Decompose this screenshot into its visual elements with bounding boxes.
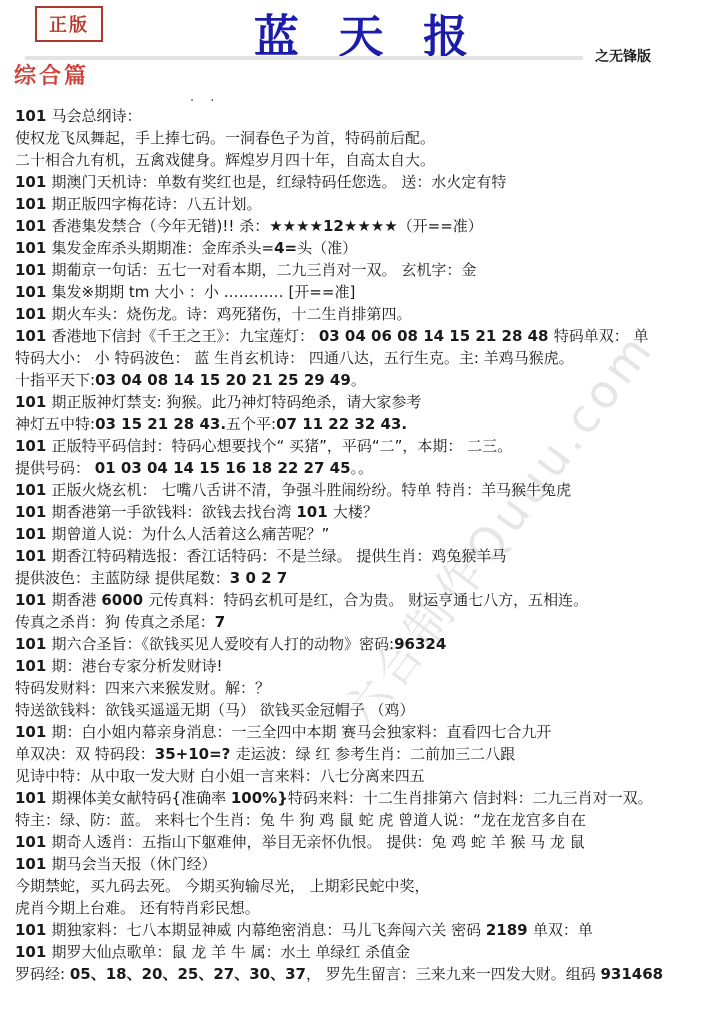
report-line: 101 期香港 6000 元传真料：特码玄机可是红，合为贵。 财运亨通七八方，五…	[15, 589, 714, 611]
report-line: 101 期六合圣旨：《欲钱买见人爱咬有人打的动物》密码:96324	[15, 633, 714, 655]
report-line: 101 集发金库杀头期期准：金库杀头=4=头（准）	[15, 237, 714, 259]
report-line: 特送欲钱料：欲钱买遥遥无期（马） 欲钱买金冠帽子 （鸡）	[15, 699, 714, 721]
report-line: 101 期：白小姐内幕亲身消息：一三全四中本期 赛马会独家料：直看四七合九开	[15, 721, 714, 743]
report-line: 101 期罗大仙点歌单：鼠 龙 羊 牛 属：水土 单绿红 杀值金	[15, 941, 714, 963]
newspaper-page: 正版 蓝 天 报 之无锋版 综合篇 · · 六合制作Quuu.com 101 马…	[0, 0, 714, 1009]
report-line: 101 香港地下信封《千王之王》：九宝莲灯： 03 04 06 08 14 15…	[15, 325, 714, 347]
report-line: 罗码经: 05、18、20、25、27、30、37， 罗先生留言：三来九来一四发…	[15, 963, 714, 985]
report-line: 101 期澳门天机诗：单数有奖红也是，红绿特码任您选。 送：水火定有特	[15, 171, 714, 193]
report-line: 101 期正版神灯禁支: 狗猴。此乃神灯特码绝杀，请大家参考	[15, 391, 714, 413]
edition-label: 之无锋版	[595, 46, 651, 66]
report-line: 101 集发※期期 tm 大小 ：小 ………… [开==准]	[15, 281, 714, 303]
report-line: 101 马会总纲诗：	[15, 105, 714, 127]
report-line: 101 期香港第一手欲钱料：欲钱去找台湾 101 大楼？	[15, 501, 714, 523]
report-line: 101 期独家料：七八本期显神威 内幕绝密消息：马儿飞奔闯六关 密码 2189 …	[15, 919, 714, 941]
report-line: 单双决：双 特码段：35+10=? 走运波：绿 红 参考生肖：二前加三二八跟	[15, 743, 714, 765]
report-line: 神灯五中特:03 15 21 28 43.五个平:07 11 22 32 43.	[15, 413, 714, 435]
report-line: 虎肖今期上台难。 还有特肖彩民想。	[15, 897, 714, 919]
report-line: 101 期裸体美女献特码{准确率 100%}特码来料：十二生肖排第六 信封料：二…	[15, 787, 714, 809]
report-line: 101 正版特平码信封：特码心想要找个“ 买猪”，平码“二”，本期： 二三。	[15, 435, 714, 457]
report-line: 传真之杀肖：狗 传真之杀尾：7	[15, 611, 714, 633]
report-line: 二十相合九有机，五禽戏健身。辉煌岁月四十年，自高太自大。	[15, 149, 714, 171]
report-line: 101 期：港台专家分析发财诗!	[15, 655, 714, 677]
report-line: 101 期曾道人说：为什么人活着这么痛苦呢？”	[15, 523, 714, 545]
report-line: 101 期香江特码精选报：香江话特码：不是兰绿。 提供生肖：鸡兔猴羊马	[15, 545, 714, 567]
report-line: 101 期马会当天报（休门经）	[15, 853, 714, 875]
content-lines: 101 马会总纲诗：使权龙飞凤舞起，手上捧七码。一洞春色子为首，特码前后配。二十…	[15, 105, 714, 985]
report-line: 使权龙飞凤舞起，手上捧七码。一洞春色子为首，特码前后配。	[15, 127, 714, 149]
section-title: 综合篇	[14, 59, 89, 90]
report-line: 101 期火车头：烧伤龙。诗：鸡死猪伤，十二生肖排第四。	[15, 303, 714, 325]
report-line: 特码大小： 小 特码波色： 蓝 生肖玄机诗： 四通八达，五行生克。主: 羊鸡马猴…	[15, 347, 714, 369]
report-line: 提供号码： 01 03 04 14 15 16 18 22 27 45。。	[15, 457, 714, 479]
report-line: 特码发财料：四来六来猴发财。解：？	[15, 677, 714, 699]
report-line: 十指平天下:03 04 08 14 15 20 21 25 29 49。	[15, 369, 714, 391]
report-line: 101 正版火烧玄机： 七嘴八舌讲不清，争强斗胜闹纷纷。特单 特肖：羊马猴牛兔虎	[15, 479, 714, 501]
report-line: 101 期葡京一句话：五七一对看本期，二九三肖对一双。 玄机字：金	[15, 259, 714, 281]
report-line: 101 期奇人透肖：五指山下躯难伸，举目无亲怀仇恨。 提供：兔 鸡 蛇 羊 猴 …	[15, 831, 714, 853]
report-line: 见诗中特：从中取一发大财 白小姐一言来料：八七分离来四五	[15, 765, 714, 787]
title-underline	[25, 56, 583, 60]
report-line: 今期禁蛇，买九码去死。 今期买狗输尽光， 上期彩民蛇中奖，	[15, 875, 714, 897]
report-line: 101 香港集发禁合（今年无错)!! 杀：★★★★12★★★★（开==准）	[15, 215, 714, 237]
report-line: 101 期正版四字梅花诗：八五计划。	[15, 193, 714, 215]
report-line: 特主：绿、防：蓝。 来料七个生肖：兔 牛 狗 鸡 鼠 蛇 虎 曾道人说：“龙在龙…	[15, 809, 714, 831]
report-line: 提供波色：主蓝防绿 提供尾数：3 0 2 7	[15, 567, 714, 589]
